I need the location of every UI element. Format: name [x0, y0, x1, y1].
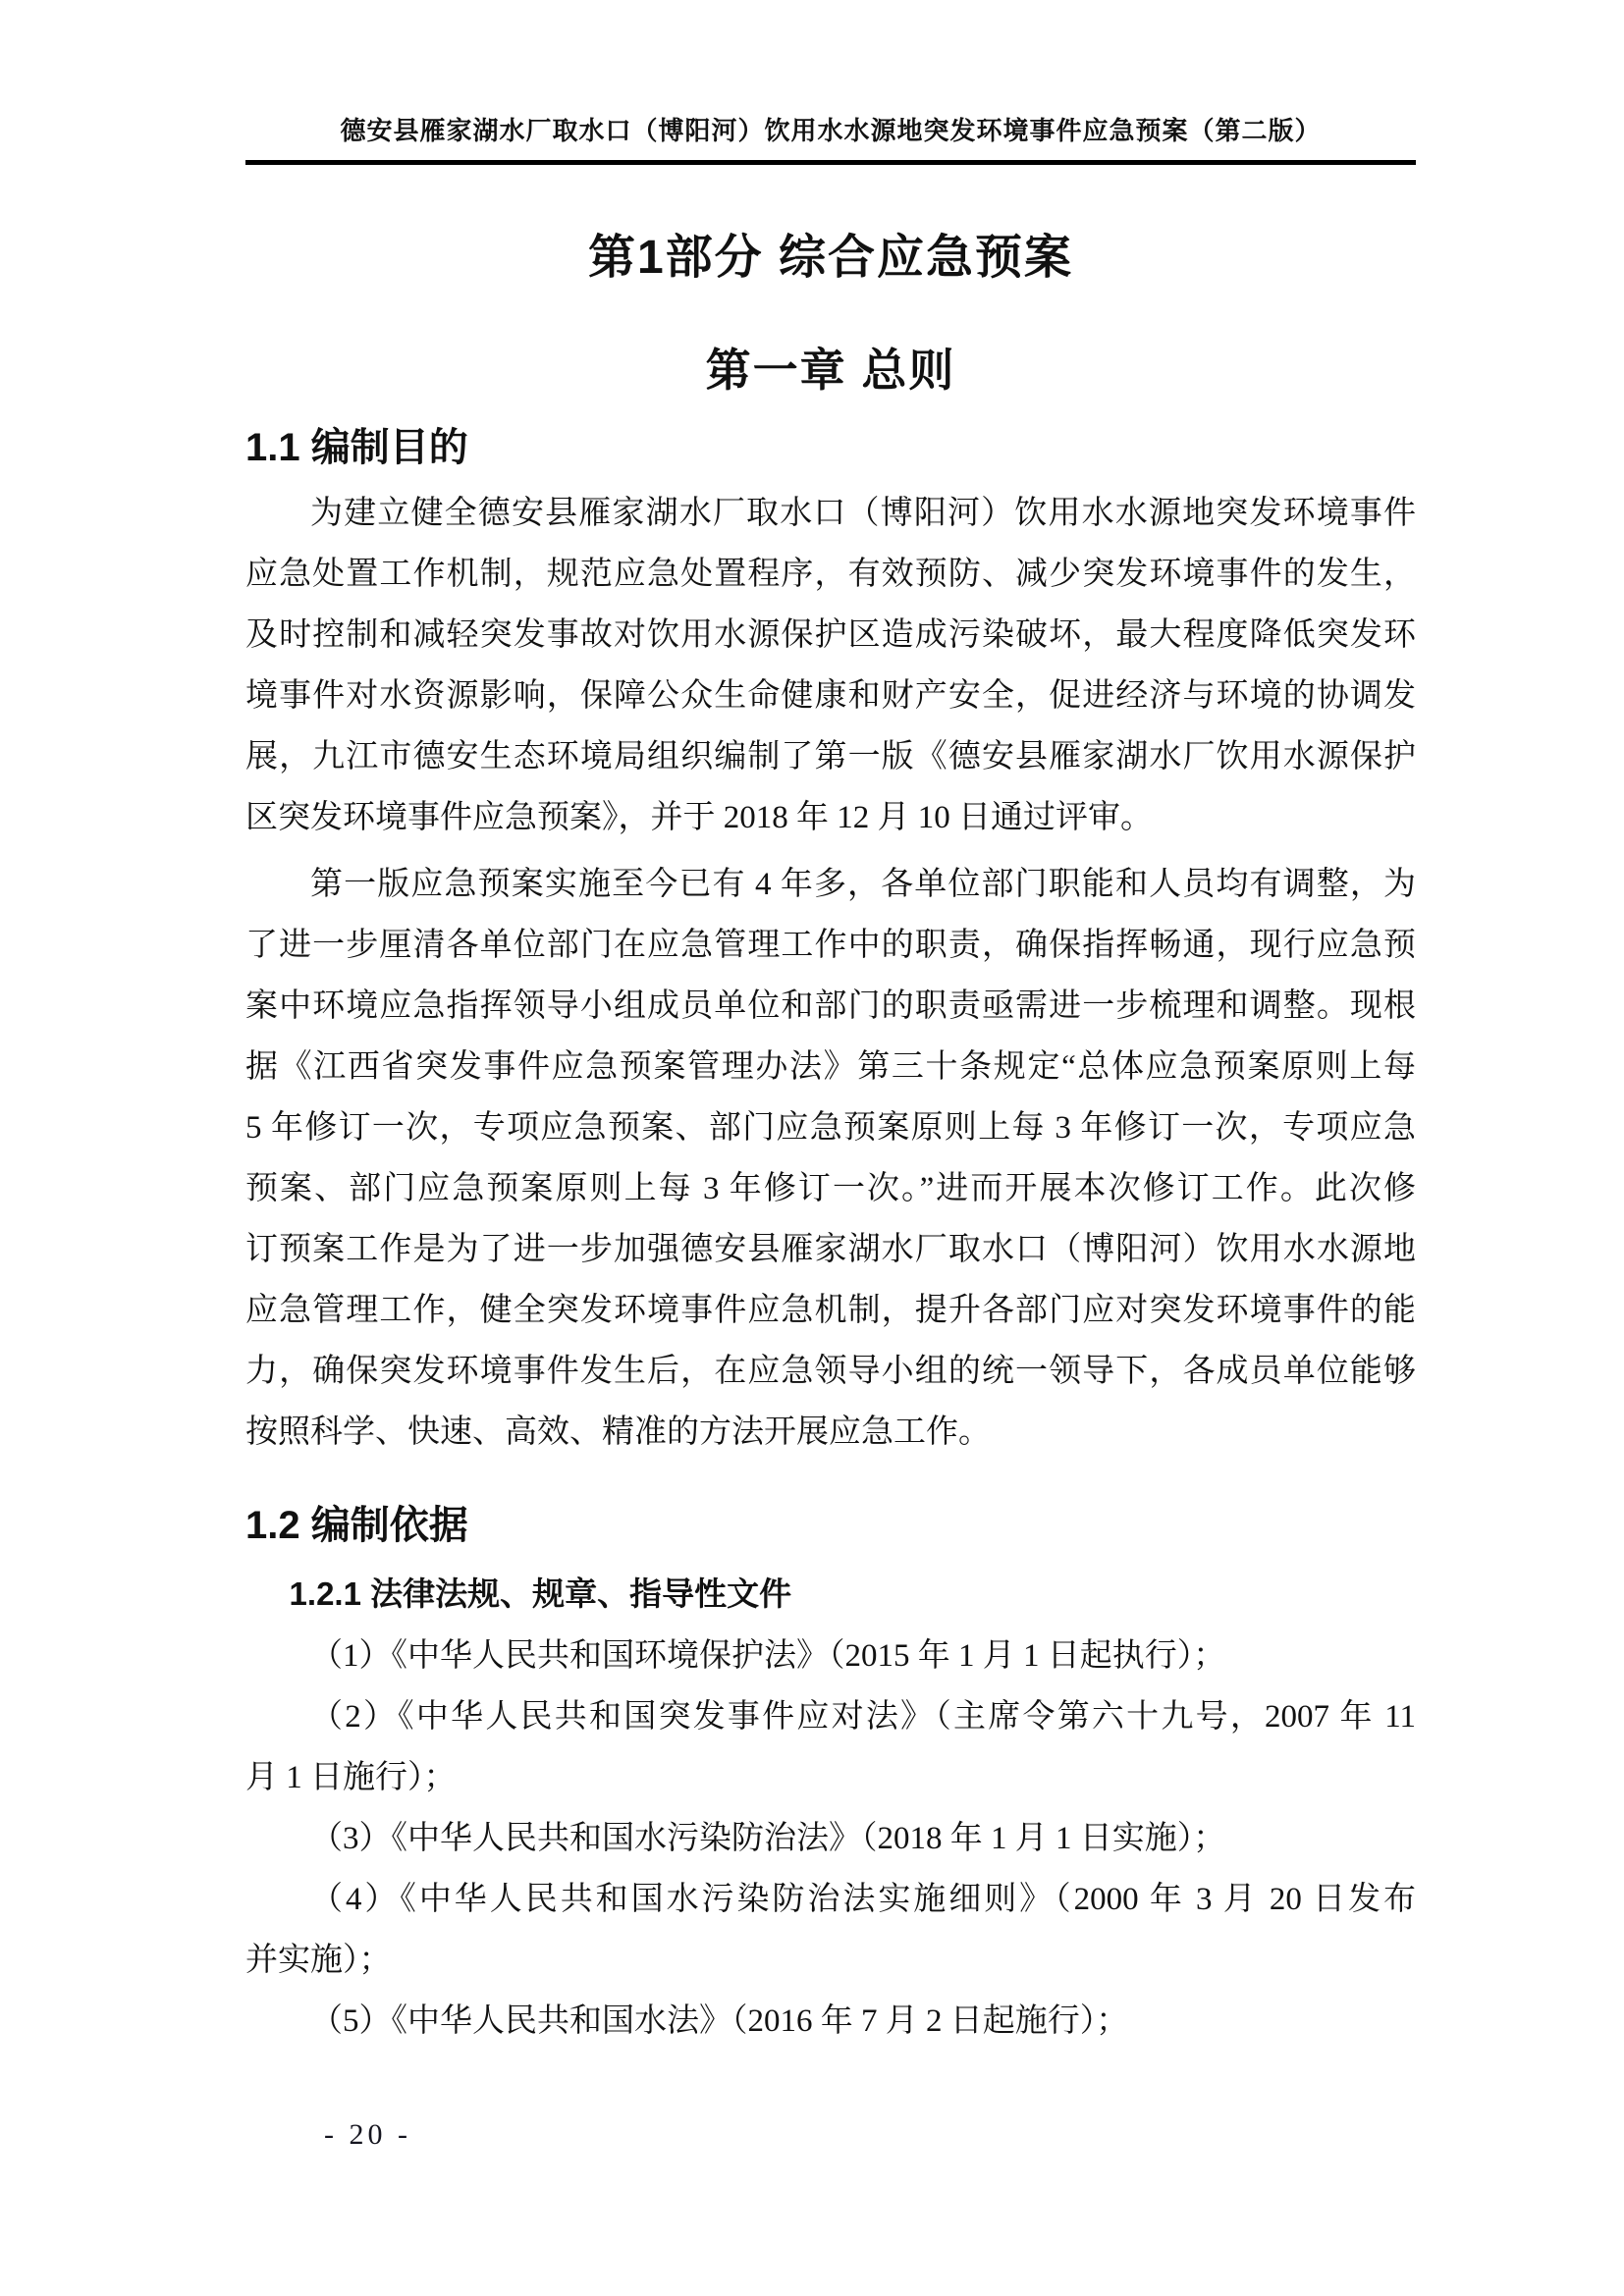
list-item-line: 月 1 日施行）； [245, 1747, 1416, 1808]
body-line: 订预案工作是为了进一步加强德安县雁家湖水厂取水口（博阳河）饮用水水源地 [245, 1219, 1416, 1280]
body-line: 预案、部门应急预案原则上每 3 年修订一次。”进而开展本次修订工作。此次修 [245, 1158, 1416, 1219]
body-line: 案中环境应急指挥领导小组成员单位和部门的职责亟需进一步梳理和调整。现根 [245, 976, 1416, 1037]
body-line: 了进一步厘清各单位部门在应急管理工作中的职责，确保指挥畅通，现行应急预 [245, 915, 1416, 976]
body-line: 为建立健全德安县雁家湖水厂取水口（博阳河）饮用水水源地突发环境事件 [245, 483, 1416, 544]
paragraph-1: 为建立健全德安县雁家湖水厂取水口（博阳河）饮用水水源地突发环境事件 应急处置工作… [245, 483, 1416, 848]
section-heading-1-1: 1.1 编制目的 [245, 424, 1416, 471]
body-line: 力，确保突发环境事件发生后，在应急领导小组的统一领导下，各成员单位能够 [245, 1341, 1416, 1402]
body-line: 及时控制和减轻突发事故对饮用水源保护区造成污染破坏，最大程度降低突发环 [245, 605, 1416, 666]
body-line: 区突发环境事件应急预案》，并于 2018 年 12 月 10 日通过评审。 [245, 787, 1416, 848]
section-heading-1-2-1: 1.2.1 法律法规、规章、指导性文件 [245, 1573, 1416, 1616]
list-item-line: 并实施）； [245, 1930, 1416, 1991]
list-item-line: （5）《中华人民共和国水法》（2016 年 7 月 2 日起施行）； [245, 1991, 1416, 2052]
list-item-line: （2）《中华人民共和国突发事件应对法》（主席令第六十九号，2007 年 11 [245, 1686, 1416, 1747]
body-line: 第一版应急预案实施至今已有 4 年多，各单位部门职能和人员均有调整，为 [245, 854, 1416, 915]
body-line: 按照科学、快速、高效、精准的方法开展应急工作。 [245, 1402, 1416, 1463]
body-line: 应急处置工作机制，规范应急处置程序，有效预防、减少突发环境事件的发生， [245, 544, 1416, 605]
body-line: 应急管理工作，健全突发环境事件应急机制，提升各部门应对突发环境事件的能 [245, 1280, 1416, 1341]
document-page: 德安县雁家湖水厂取水口（博阳河）饮用水水源地突发环境事件应急预案（第二版） 第1… [0, 0, 1624, 2296]
list-item-line: （3）《中华人民共和国水污染防治法》（2018 年 1 月 1 日实施）； [245, 1808, 1416, 1869]
body-line: 展，九江市德安生态环境局组织编制了第一版《德安县雁家湖水厂饮用水源保护 [245, 726, 1416, 787]
list-item-line: （1）《中华人民共和国环境保护法》（2015 年 1 月 1 日起执行）； [245, 1626, 1416, 1686]
chapter-title: 第一章 总则 [245, 344, 1416, 397]
paragraph-2: 第一版应急预案实施至今已有 4 年多，各单位部门职能和人员均有调整，为 了进一步… [245, 854, 1416, 1463]
part-title: 第1部分 综合应急预案 [245, 230, 1416, 287]
header-title: 德安县雁家湖水厂取水口（博阳河）饮用水水源地突发环境事件应急预案（第二版） [340, 117, 1321, 145]
legal-reference-list: （1）《中华人民共和国环境保护法》（2015 年 1 月 1 日起执行）； （2… [245, 1626, 1416, 2052]
list-item-line: （4）《中华人民共和国水污染防治法实施细则》（2000 年 3 月 20 日发布 [245, 1869, 1416, 1930]
page-footer: - 20 - [245, 2116, 1416, 2154]
page-number: - 20 - [324, 2118, 411, 2151]
section-heading-1-2: 1.2 编制依据 [245, 1502, 1416, 1549]
page-header: 德安县雁家湖水厂取水口（博阳河）饮用水水源地突发环境事件应急预案（第二版） [245, 116, 1416, 165]
body-line: 境事件对水资源影响，保障公众生命健康和财产安全，促进经济与环境的协调发 [245, 666, 1416, 726]
body-line: 据《江西省突发事件应急预案管理办法》第三十条规定“总体应急预案原则上每 [245, 1037, 1416, 1097]
body-line: 5 年修订一次，专项应急预案、部门应急预案原则上每 3 年修订一次，专项应急 [245, 1097, 1416, 1158]
